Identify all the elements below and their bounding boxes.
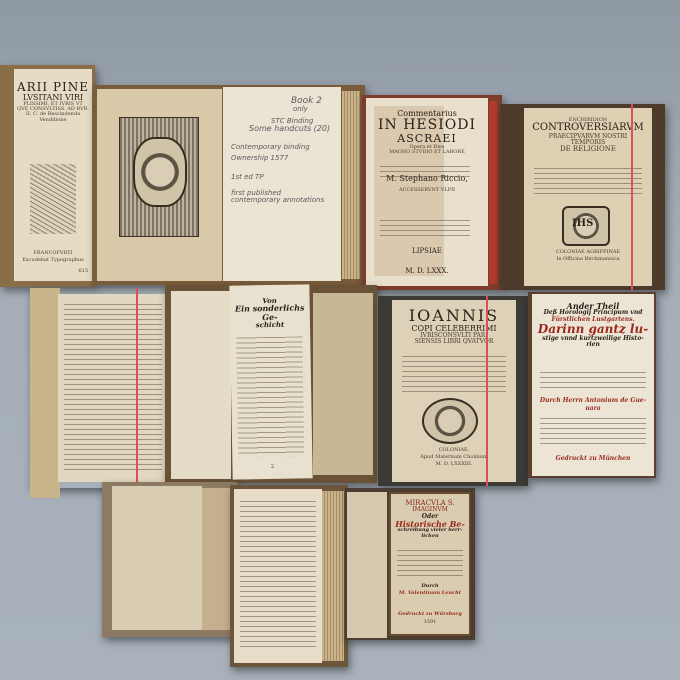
note: Some handcuts (20) (249, 125, 333, 133)
imprint: COLONIAE, (392, 448, 516, 453)
page-number: 615 (78, 269, 88, 274)
heading: schicht (230, 320, 310, 329)
title-line: ASCRAEI (366, 133, 488, 145)
title-line: Durch (391, 584, 469, 589)
title-line: lichen (391, 534, 469, 539)
book-vellum-left (30, 288, 172, 488)
author-line: Durch Herrn Antonium de Gue- (532, 398, 654, 404)
imprint: FRANCOFVRTI (14, 251, 92, 256)
title-line: IOANNIS (392, 308, 516, 325)
title-line: SIENSIS LIBRI QVATVOR (392, 339, 516, 345)
date: M. D. LXXX. (366, 268, 488, 275)
note: Ownership 1577 (231, 155, 333, 162)
title-line: II. C. de Rescindenda Venditione (14, 112, 92, 123)
title-line: ACCESSERVNT VLPII (366, 188, 488, 193)
place: LIPSIAE (366, 248, 488, 255)
title-line: rien (532, 342, 654, 348)
date: M. D. LXXXIII. (392, 462, 516, 467)
book-miracula: MIRACVLA S. IMAGINVM Oder Historische Be… (345, 488, 475, 640)
author: M. Valentinum Leucht (391, 591, 469, 596)
imprint: Gedruckt zu Würzburg (391, 612, 469, 617)
book-armorial: Book 2 only STC Binding Some handcuts (2… (93, 85, 365, 285)
figure-woodcut (30, 164, 76, 234)
author-line: uara (532, 406, 654, 412)
note: Contemporary binding (231, 144, 333, 151)
title-line: IN HESIODI (366, 118, 488, 133)
book-pinel: ARII PINE LVSITANI VIRI PLISSIMI, ET IVR… (0, 65, 95, 287)
wreath-emblem-icon (422, 398, 478, 444)
heading: Ein sonderlichs Ge- (230, 304, 310, 322)
title-line: ARII PINE (14, 81, 92, 94)
imprint: Gedruckt zu München (532, 456, 654, 462)
date: 1591 (391, 620, 469, 625)
book-bottom-left (102, 482, 237, 637)
imprint: Excudebat Typographus (14, 258, 92, 263)
book-copus: IOANNIS COPI CELEBERRIMI IVRISCONSVLTI P… (378, 296, 528, 486)
book-hesiod: Commentarius IN HESIODI ASCRAEI Opera et… (362, 95, 502, 290)
author: M. Stephano Riccio, (366, 175, 488, 183)
emblem-text: IHS (572, 218, 593, 229)
title-line: MAGNO STVDIO ET LABORE (366, 150, 488, 155)
book-german-text: Von Ein sonderlichs Ge- schicht 2 (165, 285, 377, 483)
book-enchiridion: ENCHIRIDION CONTROVERSIARVM PRAECIPVARVM… (500, 104, 665, 290)
imprint: Apud Maternum Cholinum (392, 455, 516, 460)
note: contemporary annotations (231, 197, 333, 204)
page-number: 2 (232, 464, 312, 471)
coat-of-arms-icon (133, 137, 187, 207)
note: 1st ed TP (231, 174, 333, 181)
book-bottom-middle (230, 485, 348, 667)
title-line: Darinn gantz lu- (532, 323, 654, 336)
book-horologij: Ander Theil Deß Horologij Principum vnd … (528, 292, 656, 478)
note: only (293, 106, 333, 113)
